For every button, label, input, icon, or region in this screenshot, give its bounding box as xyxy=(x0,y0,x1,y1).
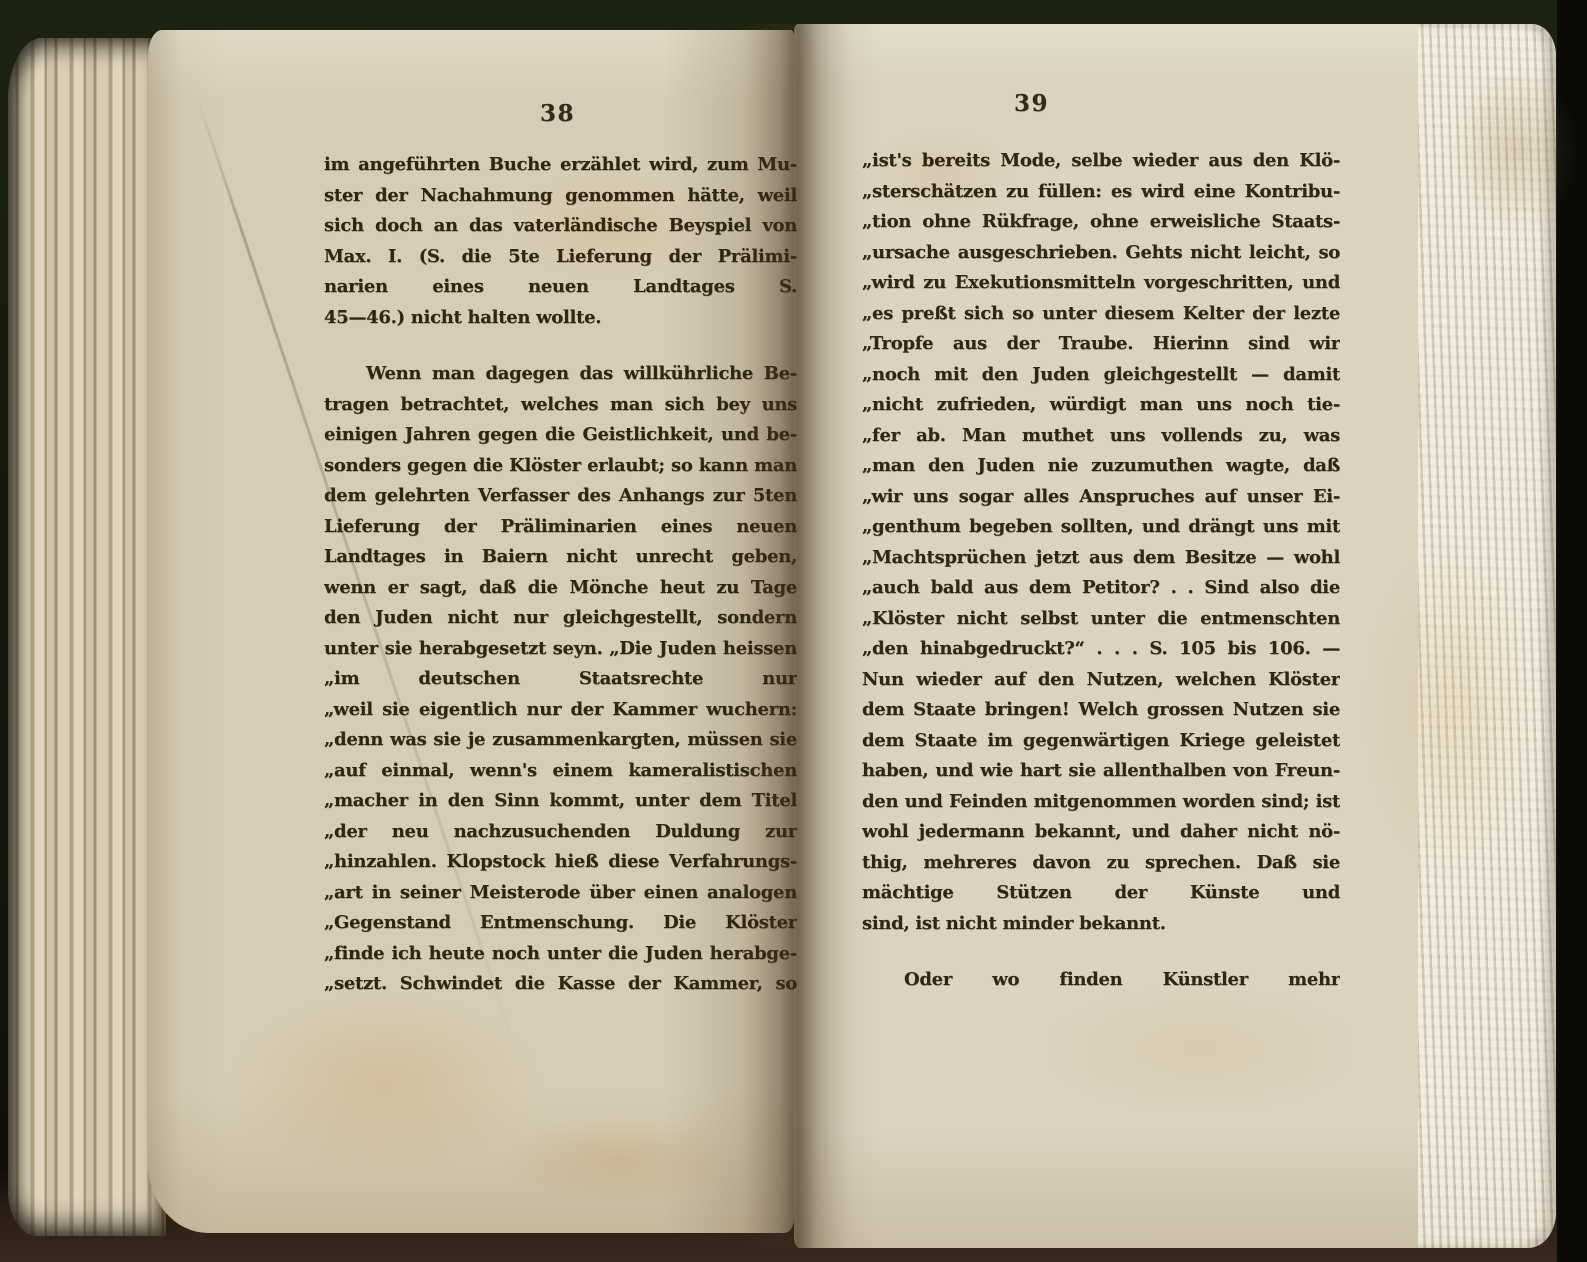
text-line: „ist's bereits Mode, selbe wieder aus de… xyxy=(862,146,1340,177)
text-line: „hinzahlen. Klopstock hieß diese Verfahr… xyxy=(324,847,797,878)
text-line: einigen Jahren gegen die Geistlichkeit, … xyxy=(324,420,797,451)
paragraph: Oder wo finden Künstler mehr Unterstüzun… xyxy=(862,965,1340,996)
text-line: mächtige Stützen der Künste und Wissensc… xyxy=(862,878,1340,909)
paragraph: „ist's bereits Mode, selbe wieder aus de… xyxy=(862,146,1340,939)
left-page-edges-stack xyxy=(8,38,166,1236)
text-line: „der neu nachzusuchenden Duldung zur Kam… xyxy=(324,817,797,848)
text-line: ster der Nachahmung genommen hätte, weil… xyxy=(324,181,797,212)
text-line: „man den Juden nie zuzumuthen wagte, daß xyxy=(862,451,1340,482)
text-line: dem gelehrten Verfasser des Anhangs zur … xyxy=(324,481,797,512)
text-line: „Gegenstand Entmenschung. Die Klöster xyxy=(324,908,797,939)
text-line: „Tropfe aus der Traube. Hierinn sind wir xyxy=(862,329,1340,360)
text-line: „wir uns sogar alles Anspruches auf unse… xyxy=(862,482,1340,513)
text-line: „macher in den Sinn kommt, unter dem Tit… xyxy=(324,786,797,817)
text-line: „fer ab. Man muthet uns vollends zu, was xyxy=(862,421,1340,452)
text-line: „im deutschen Staatsrechte nur Kammerkne… xyxy=(324,664,797,695)
text-line: „noch mit den Juden gleichgestellt — dam… xyxy=(862,360,1340,391)
text-line: dem Staate im gegenwärtigen Kriege gelei… xyxy=(862,726,1340,757)
text-line: narien eines neuen Landtages S. xyxy=(324,272,797,303)
right-page-text: „ist's bereits Mode, selbe wieder aus de… xyxy=(862,146,1340,996)
page-number-left: 38 xyxy=(540,100,575,127)
text-line: Nun wieder auf den Nutzen, welchen Klöst… xyxy=(862,665,1340,696)
text-line: tragen betrachtet, welches man sich bey … xyxy=(324,390,797,421)
text-line: „sterschätzen zu füllen: es wird eine Ko… xyxy=(862,177,1340,208)
text-line: „Machtsprüchen jetzt aus dem Besitze — w… xyxy=(862,543,1340,574)
text-line: Landtages in Baiern nicht unrecht geben, xyxy=(324,542,797,573)
text-line: sich doch an das vaterländische Beyspiel… xyxy=(324,211,797,242)
text-line: wohl jedermann bekannt, und daher nicht … xyxy=(862,817,1340,848)
text-line: thig, mehreres davon zu sprechen. Daß si… xyxy=(862,848,1340,879)
text-line: Wenn man dagegen das willkührliche Be- xyxy=(324,359,797,390)
text-line: im angeführten Buche erzählet wird, zum … xyxy=(324,150,797,181)
text-line: „Klöster nicht selbst unter die entmensc… xyxy=(862,604,1340,635)
text-line: Max. I. (S. die 5te Lieferung der Prälim… xyxy=(324,242,797,273)
text-line: den und Feinden mitgenommen worden sind;… xyxy=(862,787,1340,818)
text-line: „auf einmal, wenn's einem kameralistisch… xyxy=(324,756,797,787)
text-line: Lieferung der Präliminarien eines neuen xyxy=(324,512,797,543)
text-line: „es preßt sich so unter diesem Kelter de… xyxy=(862,299,1340,330)
text-line: „den hinabgedruckt?“ . . . S. 105 bis 10… xyxy=(862,634,1340,665)
text-line: sonders gegen die Klöster erlaubt; so ka… xyxy=(324,451,797,482)
text-line: „auch bald aus dem Petitor? . . Sind als… xyxy=(862,573,1340,604)
text-line: „weil sie eigentlich nur der Kammer wuch… xyxy=(324,695,797,726)
paragraph: Wenn man dagegen das willkührliche Be-tr… xyxy=(324,359,797,1000)
text-line: wenn er sagt, daß die Mönche heut zu Tag… xyxy=(324,573,797,604)
paragraph: im angeführten Buche erzählet wird, zum … xyxy=(324,150,797,333)
text-line: „nicht zufrieden, würdigt man uns noch t… xyxy=(862,390,1340,421)
text-line: „art in seiner Meisterode über einen ana… xyxy=(324,878,797,909)
background-right-edge xyxy=(1557,0,1587,1262)
text-line: „ursache ausgeschrieben. Gehts nicht lei… xyxy=(862,238,1340,269)
text-line: 45—46.) nicht halten wollte. xyxy=(324,303,797,334)
text-line: dem Staate bringen! Welch grossen Nutzen… xyxy=(862,695,1340,726)
text-line: „tion ohne Rükfrage, ohne erweisliche St… xyxy=(862,207,1340,238)
text-line: unter sie herabgesetzt seyn. „Die Juden … xyxy=(324,634,797,665)
text-line: haben, und wie hart sie allenthalben von… xyxy=(862,756,1340,787)
text-line: sind, ist nicht minder bekannt. xyxy=(862,909,1340,940)
text-line: den Juden nicht nur gleichgestellt, sond… xyxy=(324,603,797,634)
text-line: „setzt. Schwindet die Kasse der Kammer, … xyxy=(324,969,797,1000)
book-photo: 38 39 im angeführten Buche erzählet wird… xyxy=(0,0,1587,1262)
text-line: „finde ich heute noch unter die Juden he… xyxy=(324,939,797,970)
left-page-text: im angeführten Buche erzählet wird, zum … xyxy=(324,150,797,1000)
right-fore-edge xyxy=(1418,24,1556,1248)
text-line: „genthum begeben sollten, und drängt uns… xyxy=(862,512,1340,543)
text-line: Oder wo finden Künstler mehr Unterstüzun… xyxy=(862,965,1340,996)
text-line: „denn was sie je zusammenkargten, müssen… xyxy=(324,725,797,756)
text-line: „wird zu Exekutionsmitteln vorgeschritte… xyxy=(862,268,1340,299)
page-number-right: 39 xyxy=(1014,90,1049,117)
